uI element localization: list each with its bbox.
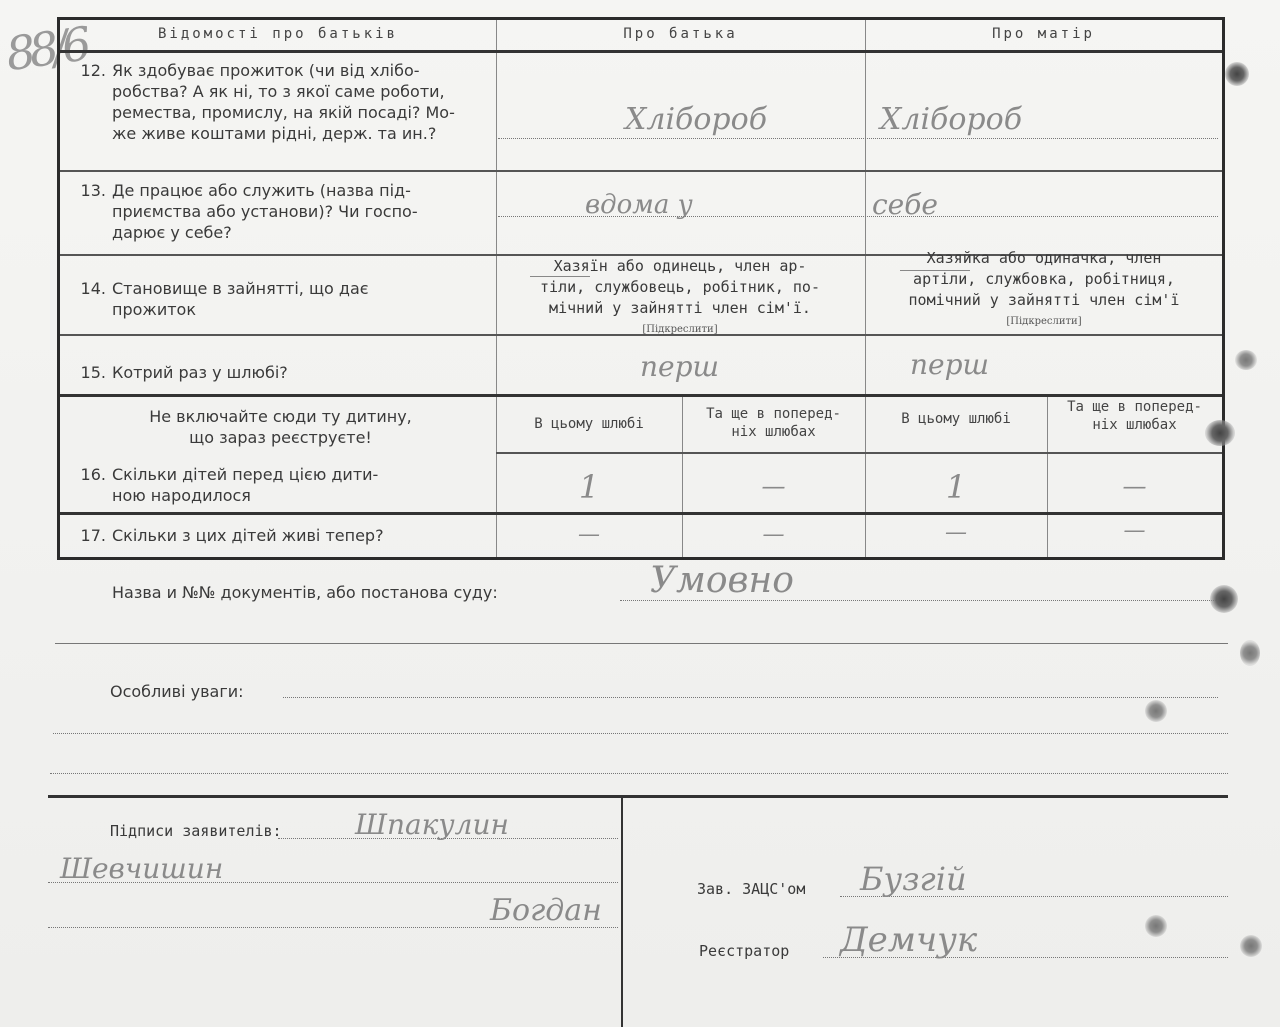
row-divider <box>60 170 1222 172</box>
mother-occupation-value: Хлібороб <box>880 102 1022 137</box>
document-page: 88/6 Відомості про батьків Про батька Пр… <box>0 0 1280 1027</box>
binding-hole <box>1145 915 1167 937</box>
note-line: Не включайте сюди ту дитину, <box>68 406 493 427</box>
registrar-signature: Демчук <box>840 920 977 960</box>
mother-employment-options: Хазяйка або одиначка, член артіли, служб… <box>868 248 1220 332</box>
mother-this-marriage-header: В цьому шлюбі <box>865 410 1047 428</box>
question-number: 14. <box>68 278 106 299</box>
question-number: 17. <box>68 525 106 546</box>
question-number: 16. <box>68 464 106 485</box>
binding-hole <box>1210 585 1238 613</box>
question-12: 12.Як здобуває прожиток (чи від хлібо- р… <box>68 60 493 144</box>
header-mother: Про матір <box>865 26 1222 42</box>
question-line: же живе коштами рідні, держ. та ин.? <box>68 123 493 144</box>
fill-line <box>498 216 1218 217</box>
subheader-line: ніх шлюбах <box>1047 416 1222 434</box>
father-employment-options: Хазяїн або одинець, член ар- тіли, служб… <box>500 256 860 340</box>
underline-instruction: [Підкреслити] <box>868 311 1220 332</box>
head-zags-label: Зав. ЗАЦС'ом <box>697 880 805 898</box>
question-line: Становище в зайнятті, що дає <box>112 279 369 298</box>
binding-hole <box>1240 640 1260 666</box>
underline-instruction: [Підкреслити] <box>500 319 860 340</box>
head-zags-signature: Бузгій <box>860 860 967 898</box>
binding-hole <box>1240 935 1262 957</box>
option-line: тіли, службовець, робітник, по- <box>500 277 860 298</box>
remarks-field-line <box>50 773 1228 774</box>
question-13: 13.Де працює або служить (назва під- при… <box>68 180 493 243</box>
mother-marriage-count-value: перш <box>910 348 989 381</box>
row-divider <box>60 512 1222 515</box>
subheader-line: Та ще в поперед- <box>1047 398 1222 416</box>
question-line: прожиток <box>68 299 493 320</box>
header-father: Про батька <box>496 26 865 42</box>
documents-label: Назва и №№ документів, або постанова суд… <box>112 583 498 602</box>
question-number: 12. <box>68 60 106 81</box>
row-divider <box>496 452 1222 454</box>
header-parents-info: Відомості про батьків <box>60 26 496 42</box>
handwritten-underline <box>530 276 590 277</box>
question-number: 15. <box>68 362 106 383</box>
question-number: 13. <box>68 180 106 201</box>
section-divider <box>48 795 1228 798</box>
applicant-signature-2: Шевчишин <box>60 852 223 885</box>
question-line: Скільки дітей перед цією дити- <box>112 465 378 484</box>
question-line: Де працює або служить (назва під- <box>112 181 411 200</box>
parents-info-table: Відомості про батьків Про батька Про мат… <box>57 17 1225 560</box>
question-17: 17.Скільки з цих дітей живі тепер? <box>68 525 493 546</box>
father-living-prev-value: — <box>682 522 865 547</box>
question-line: Котрий раз у шлюбі? <box>112 363 288 382</box>
signature-divider <box>621 797 623 1027</box>
question-16: 16.Скільки дітей перед цією дити- ною на… <box>68 464 493 506</box>
option-line: Хазяїн або одинець, член ар- <box>500 256 860 277</box>
question-line: приємства або установи)? Чи госпо- <box>68 201 493 222</box>
row-divider <box>60 334 1222 336</box>
question-line: Як здобуває прожиток (чи від хлібо- <box>112 61 420 80</box>
father-prev-marriages-header: Та ще в поперед- ніх шлюбах <box>682 405 865 441</box>
question-14: 14.Становище в зайнятті, що дає прожиток <box>68 278 493 320</box>
question-15: 15.Котрий раз у шлюбі? <box>68 362 493 383</box>
note-line: що зараз реєструєте! <box>68 427 493 448</box>
applicants-label: Підписи заявителів: <box>110 822 282 840</box>
question-line: робства? А як ні, то з якої саме роботи, <box>68 81 493 102</box>
father-children-prev-value: — <box>682 472 865 500</box>
ink-stain <box>1205 420 1235 446</box>
mother-children-this-value: 1 <box>865 468 1047 506</box>
option-line: помічний у зайнятті член сім'ї <box>868 290 1220 311</box>
option-line: артіли, службовка, робітниця, <box>868 269 1220 290</box>
mother-living-prev-value: — <box>1047 518 1222 543</box>
fill-line <box>498 138 1218 139</box>
option-line: мічний у зайнятті член сім'ї. <box>500 298 860 319</box>
remarks-field-line <box>283 697 1218 698</box>
binding-hole <box>1235 350 1257 370</box>
handwritten-underline <box>900 270 970 271</box>
fill-line <box>55 643 1228 644</box>
applicant-signature-3: Богдан <box>490 893 602 928</box>
question-line: Скільки з цих дітей живі тепер? <box>112 526 384 545</box>
remarks-label: Особливі уваги: <box>110 682 244 701</box>
row-divider <box>60 394 1222 397</box>
father-living-this-value: — <box>496 522 682 547</box>
option-line: Хазяйка або одиначка, член <box>868 248 1220 269</box>
remarks-field-line <box>53 733 1228 734</box>
documents-value: Умовно <box>650 560 794 601</box>
mother-children-prev-value: — <box>1047 472 1222 500</box>
subheader-line: Та ще в поперед- <box>682 405 865 423</box>
question-line: дарює у себе? <box>68 222 493 243</box>
mother-living-this-value: — <box>865 520 1047 545</box>
father-children-this-value: 1 <box>496 468 682 506</box>
children-note: Не включайте сюди ту дитину, що зараз ре… <box>68 406 493 448</box>
question-line: ремества, промислу, на якій посаді? Мо- <box>68 102 493 123</box>
row-divider <box>60 50 1222 53</box>
subheader-line: ніх шлюбах <box>682 423 865 441</box>
father-occupation-value: Хлібороб <box>625 102 767 137</box>
question-line: ною народилося <box>68 485 493 506</box>
binding-hole <box>1145 700 1167 722</box>
father-marriage-count-value: перш <box>640 350 719 383</box>
mother-prev-marriages-header: Та ще в поперед- ніх шлюбах <box>1047 398 1222 434</box>
applicant-signature-1: Шпакулин <box>355 808 509 841</box>
registrar-label: Реєстратор <box>699 942 789 960</box>
binding-hole <box>1225 62 1249 86</box>
father-this-marriage-header: В цьому шлюбі <box>496 415 682 433</box>
